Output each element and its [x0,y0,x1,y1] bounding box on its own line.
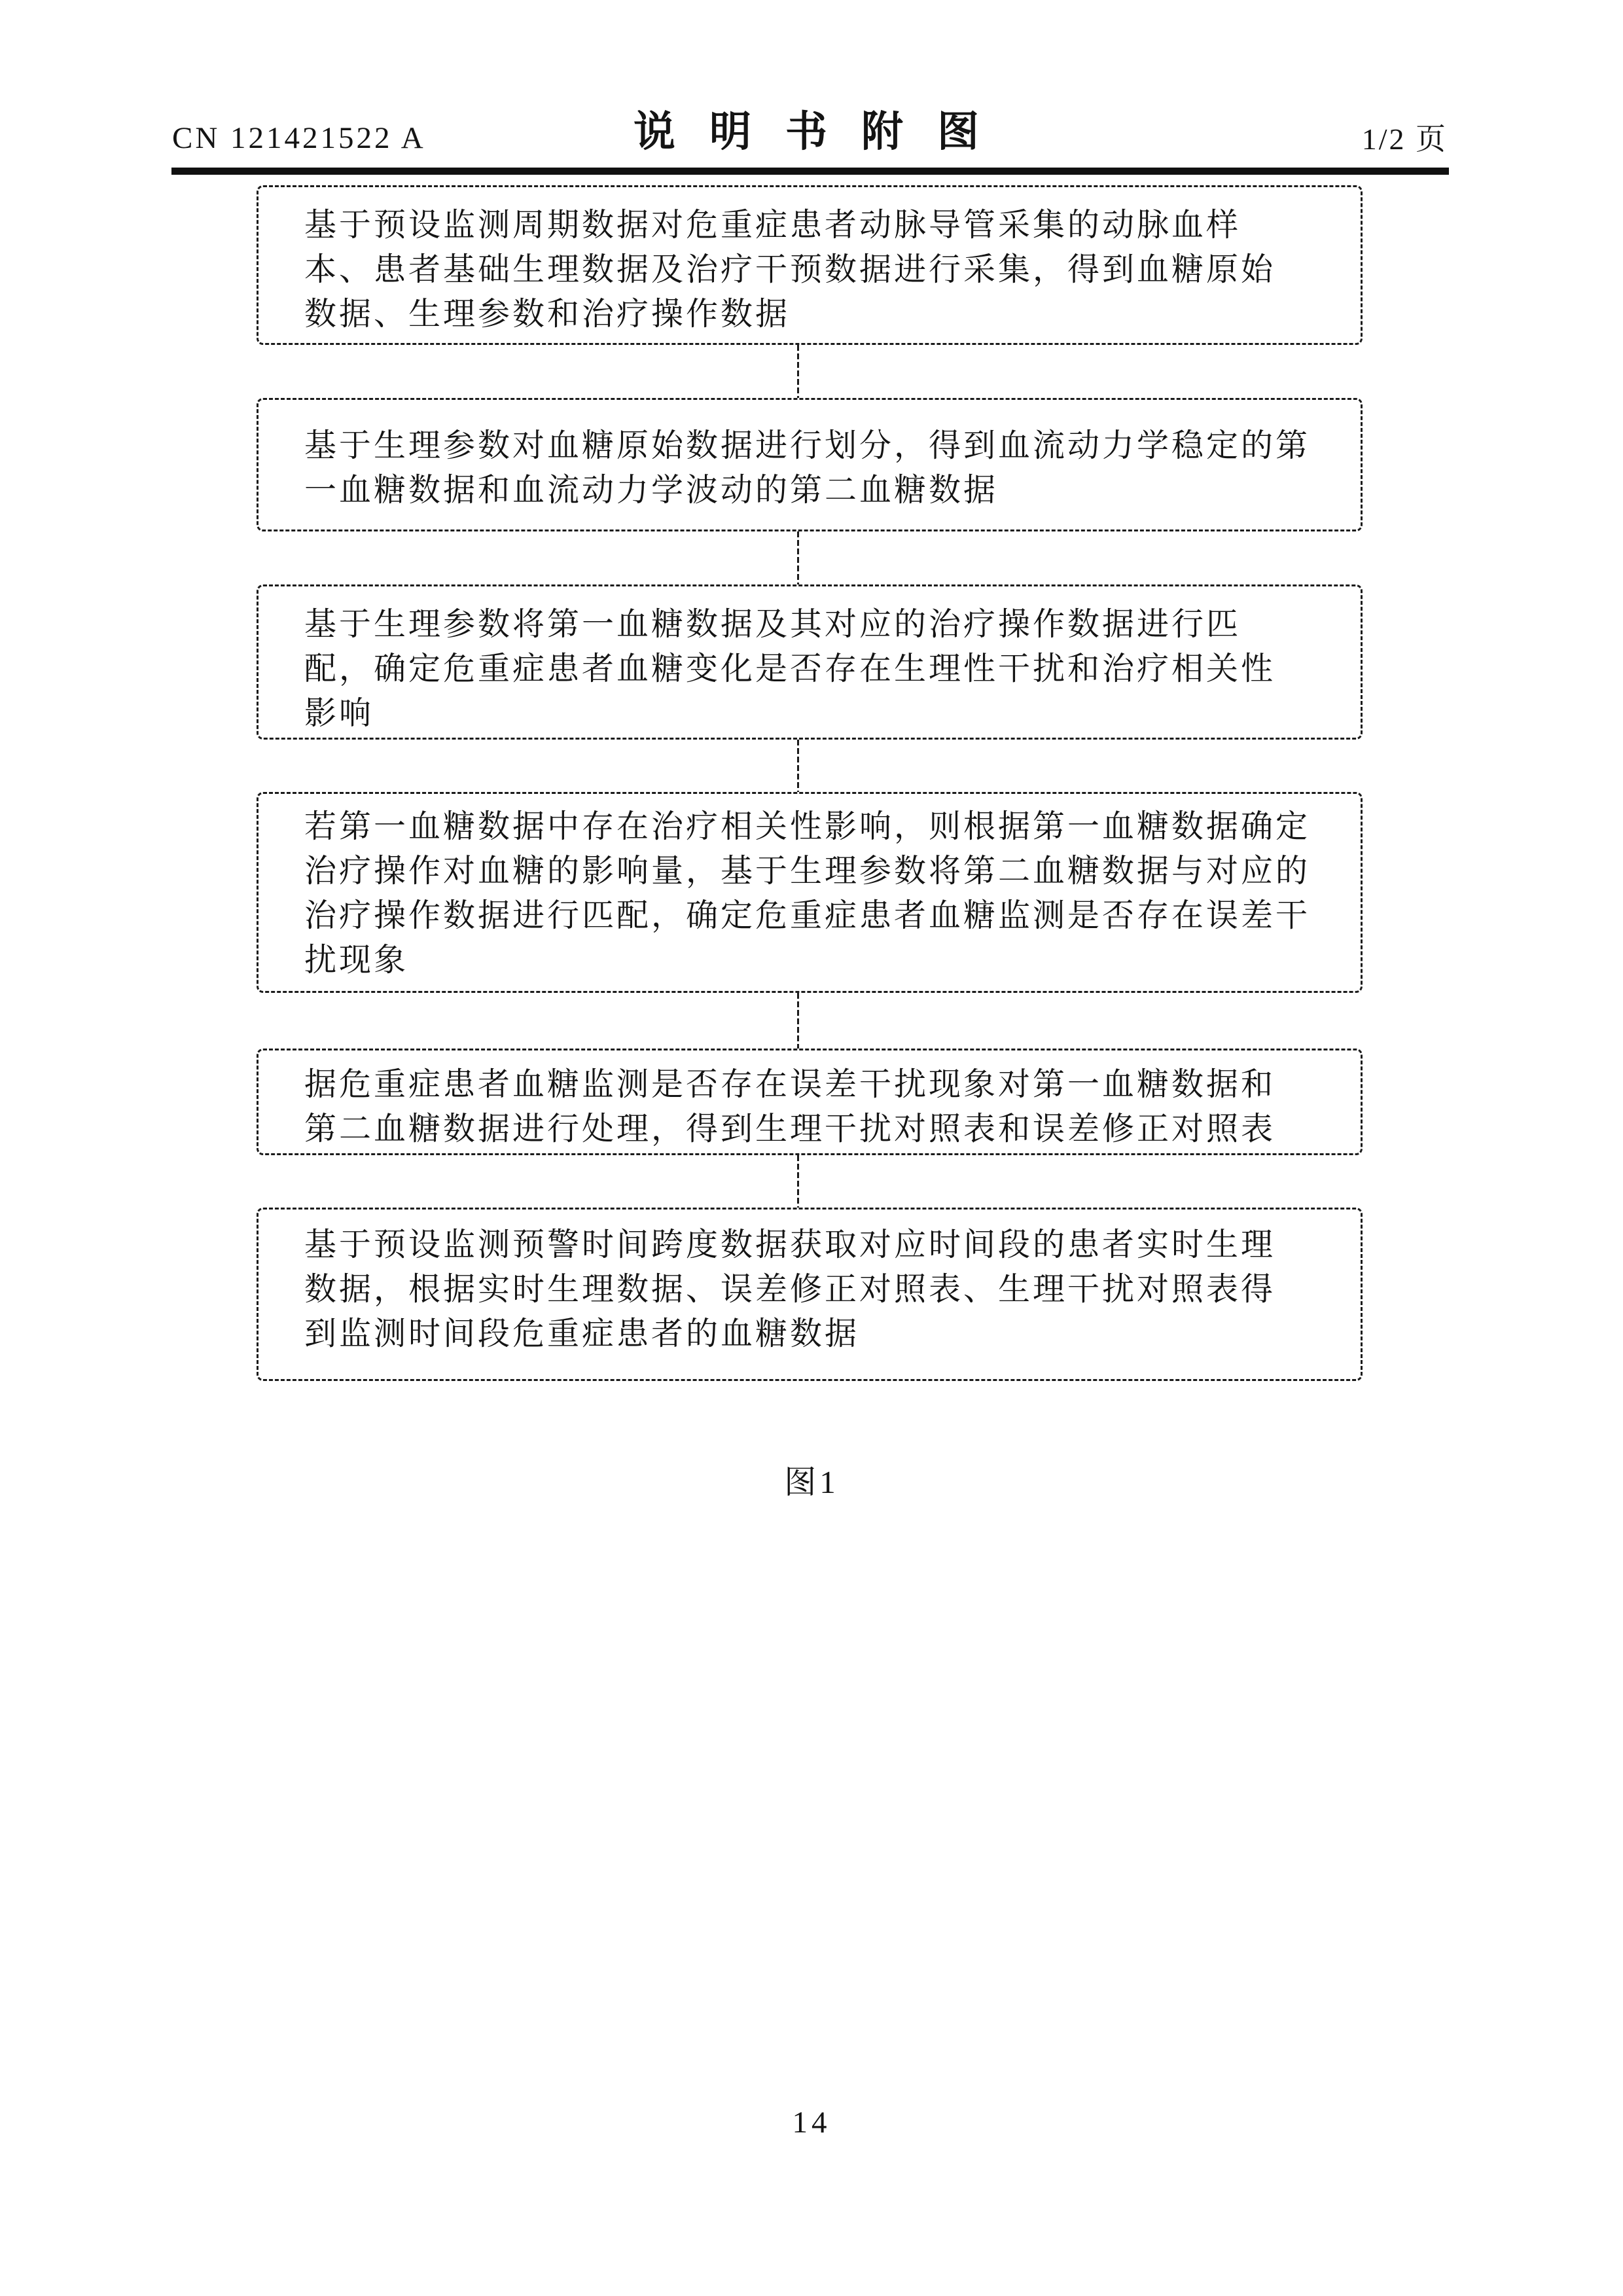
document-number: CN 121421522 A [172,120,426,156]
flow-step-2: 基于生理参数对血糖原始数据进行划分，得到血流动力学稳定的第 一血糖数据和血流动力… [257,398,1363,531]
flow-step-4: 若第一血糖数据中存在治疗相关性影响，则根据第一血糖数据确定 治疗操作对血糖的影响… [257,792,1363,993]
flow-connector-4 [797,993,799,1049]
flow-step-5: 据危重症患者血糖监测是否存在误差干扰现象对第一血糖数据和 第二血糖数据进行处理，… [257,1049,1363,1155]
patent-drawing-page: CN 121421522 A 说明书附图 1/2 页 基于预设监测周期数据对危重… [0,0,1623,2296]
figure-caption: 图1 [784,1457,839,1503]
flow-connector-2 [797,531,799,584]
page-indicator: 1/2 页 [1362,115,1448,158]
flow-connector-5 [797,1155,799,1208]
flow-step-3: 基于生理参数将第一血糖数据及其对应的治疗操作数据进行匹 配，确定危重症患者血糖变… [257,584,1363,740]
flow-connector-3 [797,740,799,792]
header-rule [171,168,1449,175]
flow-step-1: 基于预设监测周期数据对危重症患者动脉导管采集的动脉血样 本、患者基础生理数据及治… [257,185,1363,345]
flow-connector-1 [797,345,799,398]
page-number: 14 [793,2105,831,2140]
page-title: 说明书附图 [633,98,1013,158]
flow-step-6: 基于预设监测预警时间跨度数据获取对应时间段的患者实时生理 数据，根据实时生理数据… [257,1208,1363,1381]
